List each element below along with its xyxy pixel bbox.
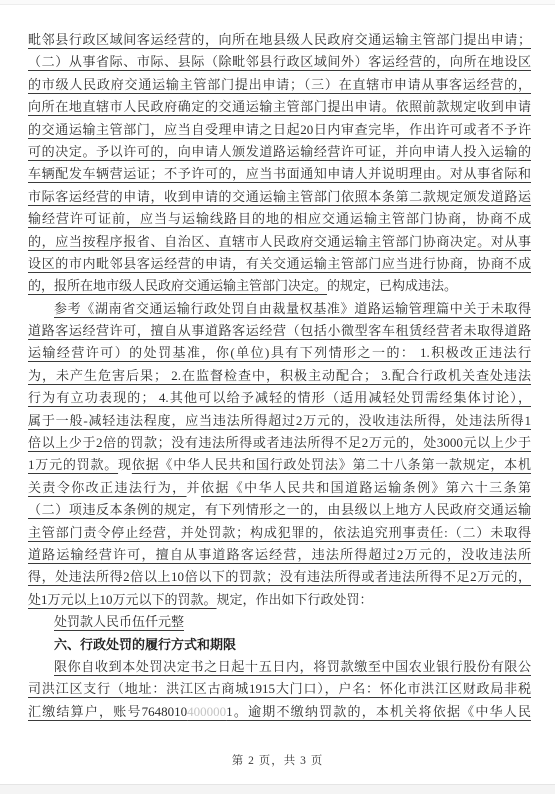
doc-line-30: 司洪江区支行（地址：洪江区古商城1915大门口），户名：怀化市洪江区财政局非税: [28, 678, 531, 700]
underlined-text-segment: 市际客运经营的申请，收到申请的交通运输主管部门依照本条第二款规定颁发道路运: [28, 189, 531, 204]
doc-line-1: 毗邻县行政区域间客运经营的，向所在地县级人民政府交通运输主管部门提出申请；: [28, 29, 531, 51]
underlined-text-segment: 运输经营许可）的处罚基准，你(单位)具有下列情形之一的： 1.积极改正违法行: [28, 345, 531, 360]
plain-text-segment: 的规定，已构成违法。: [327, 278, 457, 293]
doc-line-22: （二）项违反本条例的规定，有下列情形之一的，由县级以上地方人民政府交通运输: [28, 499, 531, 521]
doc-line-28: 六、行政处罚的履行方式和期限: [28, 634, 531, 656]
underlined-text-segment: 处罚款人民币伍仟元整: [54, 614, 184, 629]
doc-line-11: 设区的市内毗邻县客运经营的申请，有关交通运输主管部门应当进行协商，协商不成: [28, 253, 531, 275]
section-heading-text: 六、行政处罚的履行方式和期限: [54, 637, 236, 652]
doc-line-20: 1万元的罚款。现依据《中华人民共和国行政处罚法》第二十八条第一款规定，本机: [28, 454, 531, 476]
doc-line-29: 限你自收到本处罚决定书之日起十五日内，将罚款缴至中国农业银行股份有限公: [28, 656, 531, 678]
underlined-text-segment: 得，处违法所得2倍以上10倍以下的罚款；没有违法所得或者违法所得不足2万元的，: [28, 569, 531, 584]
doc-line-31: 汇缴结算户，账号76480104000001。逾期不缴纳罚款的，本机关将依据《中…: [28, 701, 531, 723]
underlined-text-segment: 司洪江区支行（地址：洪江区古商城1915大门口），户名：怀化市洪江区财政局非税: [28, 681, 531, 696]
doc-line-8: 市际客运经营的申请，收到申请的交通运输主管部门依照本条第二款规定颁发道路运: [28, 186, 531, 208]
doc-line-14: 道路客运经营许可，擅自从事道路客运经营（包括小微型客车租赁经营者未取得道路: [28, 320, 531, 342]
doc-line-7: 车辆配发车辆营运证；不予许可的，应当书面通知申请人并说明理由。对从事省际和: [28, 163, 531, 185]
doc-line-27: 处罚款人民币伍仟元整: [28, 611, 531, 633]
doc-line-6: 可的决定。予以许可的，向申请人颁发道路运输经营许可证，并向申请人投入运输的: [28, 141, 531, 163]
doc-line-2: （二）从事省际、市际、县际（除毗邻县行政区域间外）客运经营的，向所在地设区: [28, 51, 531, 73]
plain-text-segment: 规定，作出如下行政处罚：: [217, 592, 373, 607]
doc-line-24: 道路运输经营许可，擅自从事道路客运经营，违法所得超过2万元的，没收违法所: [28, 544, 531, 566]
underlined-text-segment: 关责令你改正违法行为，: [28, 480, 187, 495]
underlined-text-segment: 行为有立功表现的； 4.其他可以给予减轻的情形（适用减轻处罚需经集体讨论），: [28, 390, 531, 405]
faded-account-digits: 400000: [187, 704, 226, 719]
underlined-text-segment: （二）项违反本条例的规定，有下列情形之一的，由县级以上地方人民政府交通运输: [28, 502, 531, 517]
underlined-text-segment: 的市级人民政府交通运输主管部门提出申请；（三）在直辖市申请从事客运经营的，: [28, 77, 531, 92]
page-number: 第 2 页，共 3 页: [0, 752, 555, 770]
plain-text-segment: 并: [187, 480, 201, 495]
underlined-text-segment: 车辆配发车辆营运证；不予许可的，应当书面通知申请人并说明理由。对从事省际和: [28, 166, 531, 181]
underlined-text-segment: 1万元的罚款。: [28, 457, 118, 472]
underlined-text-segment: 道路运输经营许可，擅自从事道路客运经营，违法所得超过2万元的，没收违法所: [28, 547, 531, 562]
underlined-text-segment: 1。逾期不缴纳罚款的，本机关将依据《中华人民: [226, 704, 531, 719]
underlined-text-segment: 为，未产生危害后果； 2.在监督检查中，积极主动配合； 3.配合行政机关查处违法: [28, 368, 531, 383]
underlined-text-segment: 处1万元以上10万元以下的罚款。: [28, 592, 217, 607]
underlined-text-segment: 主管部门责令停止经营，并处罚款；构成犯罪的，依法追究刑事责任:（二）未取得: [28, 525, 531, 540]
underlined-text-segment: 道路客运经营许可，擅自从事道路客运经营（包括小微型客车租赁经营者未取得道路: [28, 323, 531, 338]
doc-line-15: 运输经营许可）的处罚基准，你(单位)具有下列情形之一的： 1.积极改正违法行: [28, 342, 531, 364]
underlined-text-segment: 输经营许可证前，应当与运输线路目的地的相应交通运输主管部门协商，协商不成: [28, 211, 531, 226]
underlined-text-segment: 的，报所在地市级人民政府交通运输主管部门决定。: [28, 278, 327, 293]
doc-line-12: 的，报所在地市级人民政府交通运输主管部门决定。的规定，已构成违法。: [28, 275, 531, 297]
document-body: 毗邻县行政区域间客运经营的，向所在地县级人民政府交通运输主管部门提出申请；（二）…: [28, 29, 531, 723]
doc-line-17: 行为有立功表现的； 4.其他可以给予减轻的情形（适用减轻处罚需经集体讨论），: [28, 387, 531, 409]
underlined-text-segment: 毗邻县行政区域间客运经营的，向所在地县级人民政府交通运输主管部门提出申请；: [28, 32, 531, 47]
underlined-text-segment: 倍以上少于2倍的罚款；没有违法所得或者违法所得不足2万元的，处3000元以上少于: [28, 435, 531, 450]
underlined-text-segment: 汇缴结算户，账号7648010: [28, 704, 187, 719]
doc-line-19: 倍以上少于2倍的罚款；没有违法所得或者违法所得不足2万元的，处3000元以上少于: [28, 432, 531, 454]
underlined-text-segment: 向所在地直辖市人民政府确定的交通运输主管部门提出申请。依照前款规定收到申请: [28, 99, 531, 114]
underlined-text-segment: 参考《湖南省交通运输行政处罚自由裁量权基准》道路运输管理篇中关于未取得: [54, 301, 531, 316]
doc-line-4: 向所在地直辖市人民政府确定的交通运输主管部门提出申请。依照前款规定收到申请: [28, 96, 531, 118]
doc-line-25: 得，处违法所得2倍以上10倍以下的罚款；没有违法所得或者违法所得不足2万元的，: [28, 566, 531, 588]
doc-line-13: 参考《湖南省交通运输行政处罚自由裁量权基准》道路运输管理篇中关于未取得: [28, 298, 531, 320]
doc-line-21: 关责令你改正违法行为，并依据《中华人民共和国道路运输条例》第六十三条第: [28, 477, 531, 499]
underlined-text-segment: 设区的市内毗邻县客运经营的申请，有关交通运输主管部门应当进行协商，协商不成: [28, 256, 531, 271]
underlined-text-segment: 的，应当按程序报省、自治区、直辖市人民政府交通运输主管部门协商决定。对从事: [28, 234, 531, 249]
doc-line-5: 的交通运输主管部门，应当自受理申请之日起20日内审查完毕，作出许可或者不予许: [28, 119, 531, 141]
doc-line-26: 处1万元以上10万元以下的罚款。规定，作出如下行政处罚：: [28, 589, 531, 611]
doc-line-23: 主管部门责令停止经营，并处罚款；构成犯罪的，依法追究刑事责任:（二）未取得: [28, 522, 531, 544]
doc-line-3: 的市级人民政府交通运输主管部门提出申请；（三）在直辖市申请从事客运经营的，: [28, 74, 531, 96]
plain-text-segment: 现: [118, 457, 132, 472]
underlined-text-segment: 限你自收到本处罚决定书之日起十五日内，将罚款缴至中国农业银行股份有限公: [54, 659, 531, 674]
underlined-text-segment: 依据《中华人民共和国行政处罚法》第二十八条第一款规定，本机: [132, 457, 531, 472]
page-top-edge: [0, 0, 555, 5]
penalty-decision-document-page: 毗邻县行政区域间客运经营的，向所在地县级人民政府交通运输主管部门提出申请；（二）…: [0, 0, 555, 794]
doc-line-10: 的，应当按程序报省、自治区、直辖市人民政府交通运输主管部门协商决定。对从事: [28, 231, 531, 253]
underlined-text-segment: 属于一般-减轻违法程度，应当违法所得超过2万元的，没收违法所得，处违法所得1: [28, 413, 531, 428]
doc-line-9: 输经营许可证前，应当与运输线路目的地的相应交通运输主管部门协商，协商不成: [28, 208, 531, 230]
doc-line-18: 属于一般-减轻违法程度，应当违法所得超过2万元的，没收违法所得，处违法所得1: [28, 410, 531, 432]
underlined-text-segment: 可的决定。予以许可的，向申请人颁发道路运输经营许可证，并向申请人投入运输的: [28, 144, 531, 159]
doc-line-16: 为，未产生危害后果； 2.在监督检查中，积极主动配合； 3.配合行政机关查处违法: [28, 365, 531, 387]
page-bottom-edge: [0, 784, 555, 794]
underlined-text-segment: 的交通运输主管部门，应当自受理申请之日起20日内审查完毕，作出许可或者不予许: [28, 122, 531, 137]
underlined-text-segment: （二）从事省际、市际、县际（除毗邻县行政区域间外）客运经营的，向所在地设区: [28, 54, 531, 69]
underlined-text-segment: 依据《中华人民共和国道路运输条例》第六十三条第: [201, 480, 531, 495]
